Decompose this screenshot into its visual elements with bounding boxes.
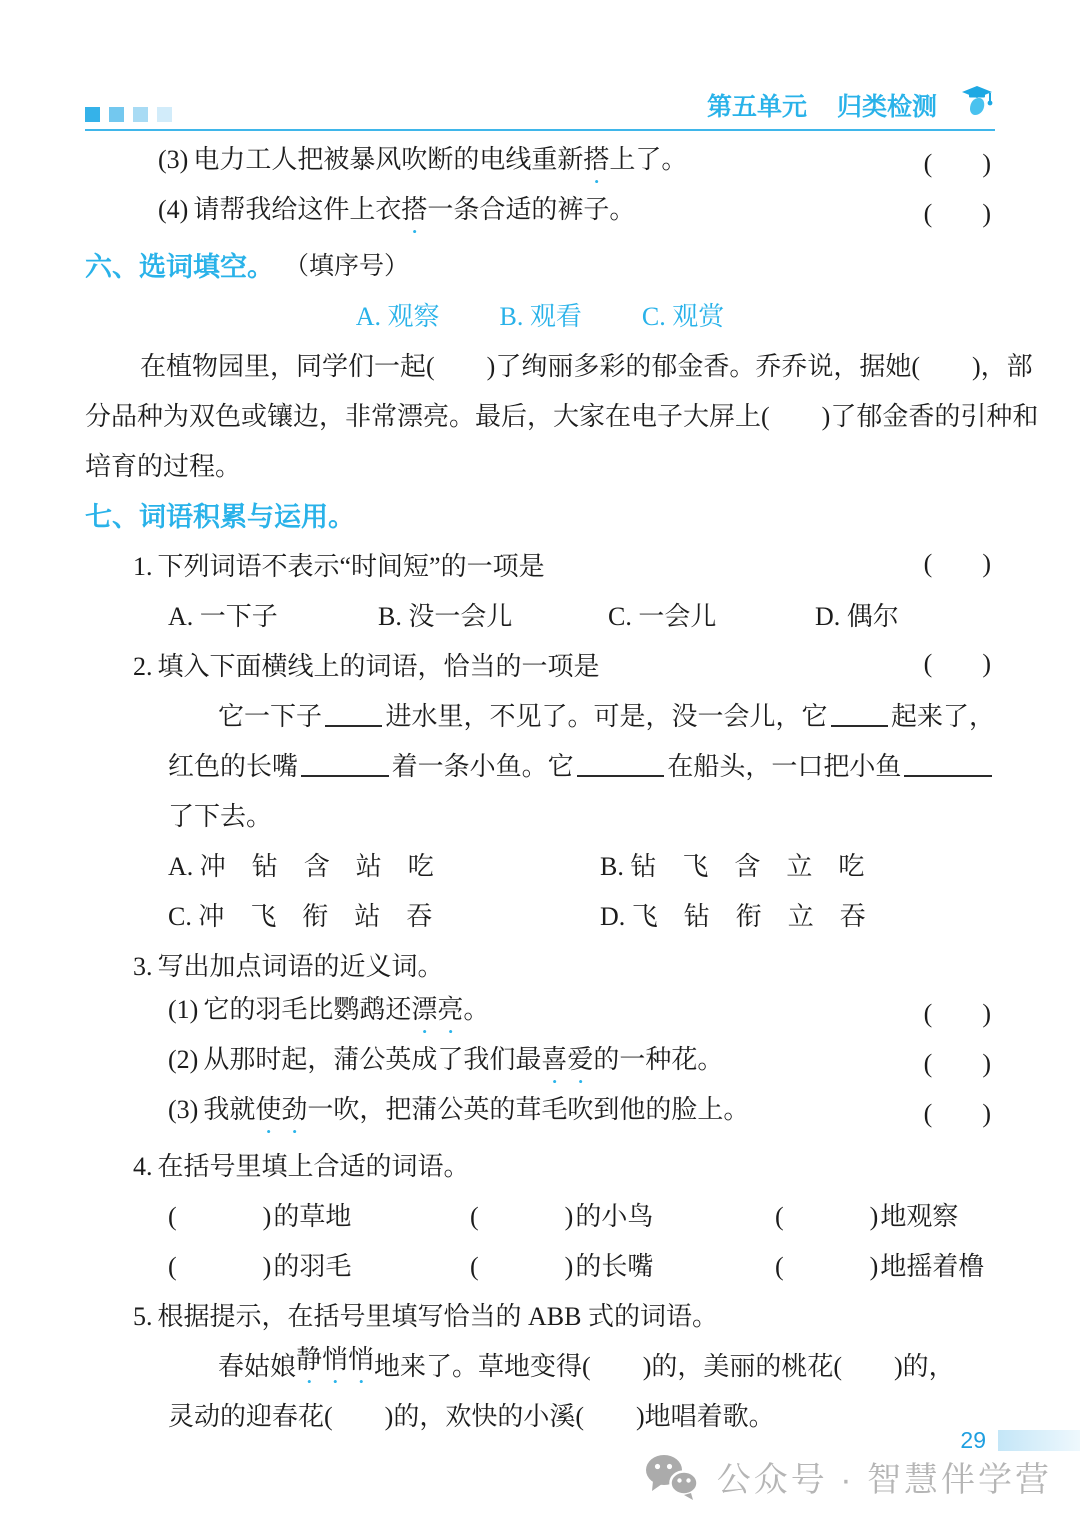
- section-6-heading-row: 六、选词填空。 （填序号）: [85, 239, 995, 289]
- answer-parens: (): [924, 1049, 995, 1079]
- fill-blank: [904, 751, 992, 777]
- question-1-text: 1.下列词语不表示“时间短”的一项是: [85, 546, 924, 583]
- question-3-text: 3.写出加点词语的近义词。: [85, 946, 995, 983]
- answer-parens: (): [924, 549, 995, 579]
- paragraph-line: 分品种为双色或镶边，非常漂亮。最后，大家在电子大屏上( )了郁金香的引种和: [85, 389, 995, 439]
- graduation-cap-icon: [961, 85, 995, 119]
- word-option-b: B. 观看: [500, 296, 582, 333]
- word-option-a: A. 观察: [356, 296, 440, 333]
- question-2-row: 2.填入下面横线上的词语，恰当的一项是 (): [85, 639, 995, 689]
- answer-parens: (): [924, 999, 995, 1029]
- word-option-c: C. 观赏: [642, 296, 724, 333]
- paren-blank: (): [775, 1202, 878, 1232]
- section-7-heading-row: 七、词语积累与运用。: [85, 489, 995, 539]
- decorative-squares: [85, 107, 172, 124]
- fill-blank: [577, 751, 665, 777]
- square-2: [109, 107, 124, 122]
- question-4-row: 4.在括号里填上合适的词语。: [85, 1139, 995, 1189]
- square-4: [157, 107, 172, 122]
- item-3-row: (3)电力工人把被暴风吹断的电线重新搭上了。 (): [85, 139, 995, 189]
- q2-option-d: D. 飞 钻 衔 立 吞: [600, 896, 866, 933]
- q1-option-a: A. 一下子: [168, 596, 378, 633]
- q4-cell: ()的羽毛: [168, 1246, 470, 1283]
- q5-passage-line-2: 灵动的迎春花( )的，欢快的小溪( )地唱着歌。: [85, 1389, 995, 1439]
- item-4-row: (4)请帮我给这件上衣搭一条合适的裤子。 (): [85, 189, 995, 239]
- fill-blank: [831, 701, 888, 727]
- item-3-text: (3)电力工人把被暴风吹断的电线重新搭上了。: [85, 139, 924, 189]
- header-title: 第五单元 归类检测: [707, 90, 995, 124]
- q2-options-row-2: C. 冲 飞 衔 站 吞 D. 飞 钻 衔 立 吞: [85, 889, 995, 939]
- q3-item-3-row: (3)我就使劲一吹，把蒲公英的茸毛吹到他的脸上。 (): [85, 1089, 995, 1139]
- emphasized-word: 使劲: [255, 1095, 307, 1124]
- page-number: 29: [960, 1427, 986, 1454]
- paren-blank: (): [775, 1252, 878, 1282]
- q3-item-1-row: (1)它的羽毛比鹦鹉还漂亮。 (): [85, 989, 995, 1039]
- q2-option-a: A. 冲 钻 含 站 吃: [168, 846, 600, 883]
- q3-item-2-row: (2)从那时起，蒲公英成了我们最喜爱的一种花。 (): [85, 1039, 995, 1089]
- q2-passage-line-1: 它一下子进水里，不见了。可是，没一会儿，它起来了，: [85, 689, 995, 739]
- test-type-label: 归类检测: [837, 95, 937, 120]
- paren-blank: (): [168, 1252, 271, 1282]
- emphasized-word: 静悄悄: [296, 1339, 374, 1389]
- q4-cell: ()的草地: [168, 1196, 470, 1233]
- emphasized-word: 喜爱: [541, 1045, 593, 1074]
- q4-cell: ()地观察: [775, 1196, 958, 1233]
- question-1-row: 1.下列词语不表示“时间短”的一项是 (): [85, 539, 995, 589]
- wechat-icon: [643, 1453, 701, 1501]
- q4-cell: ()的小鸟: [470, 1196, 775, 1233]
- emphasized-word: 搭: [583, 145, 609, 174]
- question-1-options-row: A. 一下子 B. 没一会儿 C. 一会儿 D. 偶尔: [85, 589, 995, 639]
- paren-blank: (): [470, 1252, 573, 1282]
- worksheet-page: 第五单元 归类检测 (3)电力工人把被暴风吹断的电线重新搭上了。 () (4)请…: [0, 0, 1080, 1515]
- q2-options-row-1: A. 冲 钻 含 站 吃 B. 钻 飞 含 立 吃: [85, 839, 995, 889]
- emphasized-word: 漂亮: [411, 995, 463, 1024]
- paren-blank: (): [168, 1202, 271, 1232]
- question-5-row: 5.根据提示，在括号里填写恰当的 ABB 式的词语。: [85, 1289, 995, 1339]
- q4-cell: ()的长嘴: [470, 1246, 775, 1283]
- question-4-text: 4.在括号里填上合适的词语。: [85, 1146, 995, 1183]
- q5-passage-line-1: 春姑娘静悄悄地来了。草地变得( )的，美丽的桃花( )的，: [85, 1339, 995, 1389]
- square-1: [85, 107, 100, 122]
- q4-grid-row-2: ()的羽毛 ()的长嘴 ()地摇着橹: [85, 1239, 995, 1289]
- q1-option-d: D. 偶尔: [815, 596, 899, 633]
- unit-label: 第五单元: [707, 95, 807, 120]
- emphasized-word: 搭: [401, 195, 427, 224]
- q1-option-b: B. 没一会儿: [378, 596, 608, 633]
- watermark: 公众号 · 智慧伴学营: [0, 1452, 1080, 1501]
- question-2-text: 2.填入下面横线上的词语，恰当的一项是: [85, 646, 924, 683]
- section-6-heading: 六、选词填空。: [85, 245, 274, 284]
- paragraph-line: 培育的过程。: [85, 439, 995, 489]
- fill-blank: [325, 701, 382, 727]
- page-number-row: 29: [960, 1427, 1080, 1454]
- q2-passage-line-2: 红色的长嘴着一条小鱼。它在船头，一口把小鱼: [85, 739, 995, 789]
- paragraph-line: 在植物园里，同学们一起( )了绚丽多彩的郁金香。乔乔说，据她( )，部: [85, 339, 995, 389]
- question-5-text: 5.根据提示，在括号里填写恰当的 ABB 式的词语。: [85, 1296, 995, 1333]
- word-bank-row: A. 观察 B. 观看 C. 观赏: [85, 289, 995, 339]
- section-7-heading: 七、词语积累与运用。: [85, 495, 355, 534]
- answer-parens: (): [924, 649, 995, 679]
- square-3: [133, 107, 148, 122]
- answer-parens: (): [924, 1099, 995, 1129]
- watermark-text: 公众号 · 智慧伴学营: [717, 1452, 1052, 1501]
- page-number-bar: [998, 1430, 1080, 1451]
- q4-cell: ()地摇着橹: [775, 1246, 984, 1283]
- q2-passage-line-3: 了下去。: [85, 789, 995, 839]
- q4-grid-row-1: ()的草地 ()的小鸟 ()地观察: [85, 1189, 995, 1239]
- section-6-heading-note: （填序号）: [284, 246, 409, 282]
- q1-option-c: C. 一会儿: [608, 596, 815, 633]
- question-3-row: 3.写出加点词语的近义词。: [85, 939, 995, 989]
- item-4-text: (4)请帮我给这件上衣搭一条合适的裤子。: [85, 189, 924, 239]
- q2-option-c: C. 冲 飞 衔 站 吞: [168, 896, 600, 933]
- q2-option-b: B. 钻 飞 含 立 吃: [600, 846, 864, 883]
- page-header: 第五单元 归类检测: [85, 0, 995, 131]
- worksheet-body: (3)电力工人把被暴风吹断的电线重新搭上了。 () (4)请帮我给这件上衣搭一条…: [85, 131, 995, 1439]
- answer-parens: (): [924, 149, 995, 179]
- answer-parens: (): [924, 199, 995, 229]
- fill-blank: [301, 751, 389, 777]
- paren-blank: (): [470, 1202, 573, 1232]
